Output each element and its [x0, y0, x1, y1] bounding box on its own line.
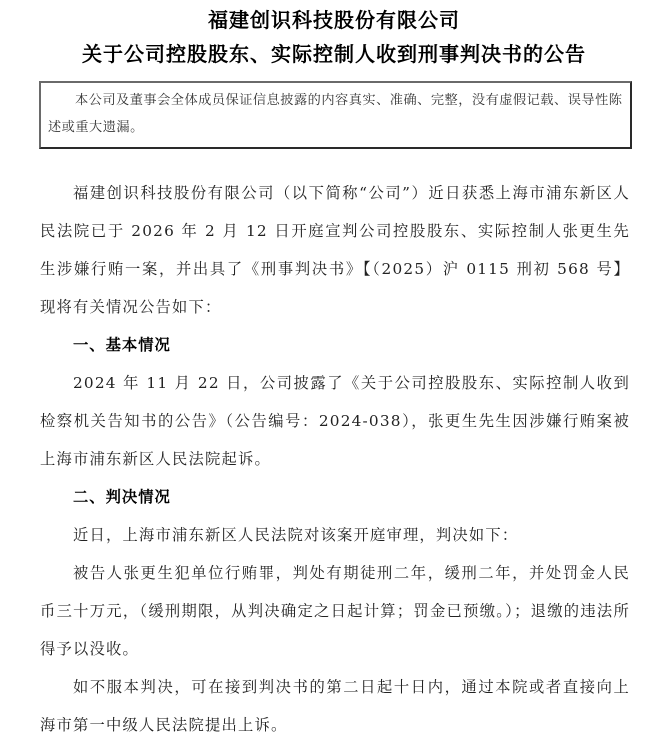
announcement-title: 关于公司控股股东、实际控制人收到刑事判决书的公告 [0, 38, 668, 67]
judgment-paragraph-2: 被告人张更生犯单位行贿罪，判处有期徒刑二年，缓刑二年，并处罚金人民币三十万元，（… [40, 554, 630, 668]
intro-paragraph: 福建创识科技股份有限公司（以下简称“公司”）近日获悉上海市浦东新区人民法院已于 … [40, 174, 630, 326]
section-heading-basic-info: 一、基本情况 [40, 326, 630, 364]
disclaimer-box: 本公司及董事会全体成员保证信息披露的内容真实、准确、完整，没有虚假记载、误导性陈… [39, 81, 632, 149]
basic-info-paragraph: 2024 年 11 月 22 日，公司披露了《关于公司控股股东、实际控制人收到检… [40, 364, 630, 478]
company-name: 福建创识科技股份有限公司 [0, 4, 668, 33]
disclaimer-text: 本公司及董事会全体成员保证信息披露的内容真实、准确、完整，没有虚假记载、误导性陈… [48, 87, 626, 141]
judgment-paragraph-1: 近日，上海市浦东新区人民法院对该案开庭审理，判决如下： [40, 516, 630, 554]
announcement-body: 福建创识科技股份有限公司（以下简称“公司”）近日获悉上海市浦东新区人民法院已于 … [40, 174, 630, 744]
section-heading-judgment: 二、判决情况 [40, 478, 630, 516]
judgment-paragraph-3: 如不服本判决，可在接到判决书的第二日起十日内，通过本院或者直接向上海市第一中级人… [40, 668, 630, 744]
